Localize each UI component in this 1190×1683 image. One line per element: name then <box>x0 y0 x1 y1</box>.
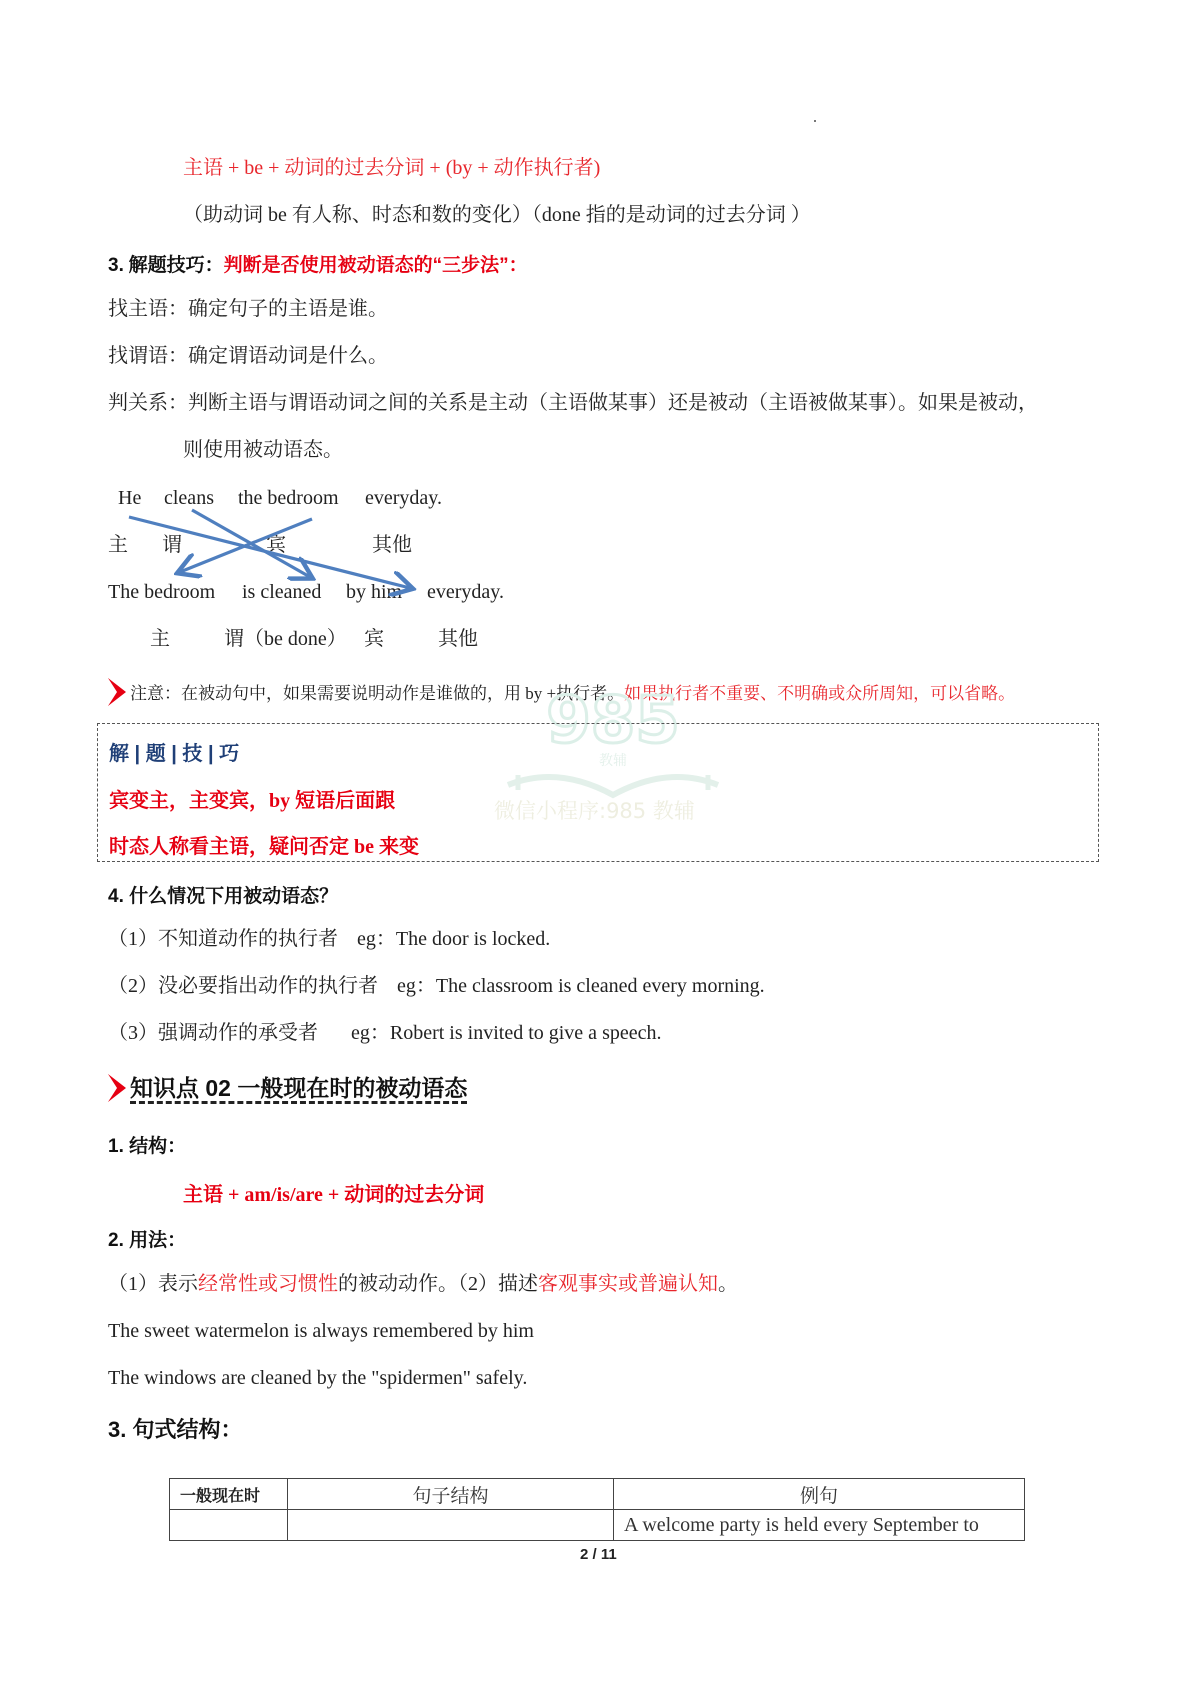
usage-red-2: 客观事实或普遍认知 <box>538 1273 718 1295</box>
tip-box-title: 解 | 题 | 技 | 巧 <box>109 737 239 766</box>
usage-part-3: 。 <box>718 1273 738 1295</box>
usage-part-1: （1）表示 <box>108 1273 198 1295</box>
note-arrow-icon <box>108 678 126 706</box>
table-header-tense: 一般现在时 <box>170 1479 288 1510</box>
case-2-label: （2）没必要指出动作的执行者 <box>108 975 378 997</box>
table-cell <box>170 1510 288 1541</box>
case-1-label: （1）不知道动作的执行者 <box>108 928 338 950</box>
case-2-example: eg：The classroom is cleaned every mornin… <box>397 975 765 997</box>
usage-red-1: 经常性或习惯性 <box>198 1273 338 1295</box>
present-passive-formula: 主语 + am/is/are + 动词的过去分词 <box>183 1178 484 1207</box>
case-1-example: eg：The door is locked. <box>357 928 550 950</box>
table-cell-example: A welcome party is held every September … <box>614 1510 1025 1541</box>
table-row: A welcome party is held every September … <box>170 1510 1025 1541</box>
stray-dot <box>814 120 816 122</box>
section-arrow-icon <box>108 1074 126 1102</box>
note-text: 注意：在被动句中，如果需要说明动作是谁做的，用 by +执行者。 <box>130 684 624 703</box>
page-number: 2 / 11 <box>580 1546 617 1563</box>
usage-example-1: The sweet watermelon is always remembere… <box>108 1319 534 1343</box>
table-header-structure: 句子结构 <box>288 1479 614 1510</box>
sentence-structure-table: 一般现在时 句子结构 例句 A welcome party is held ev… <box>169 1478 1025 1541</box>
section4-heading: 4. 什么情况下用被动语态？ <box>108 881 338 908</box>
case-1: （1）不知道动作的执行者 eg：The door is locked. <box>108 927 550 951</box>
table-cell <box>288 1510 614 1541</box>
note-red-text: 如果执行者不重要、不明确或众所周知，可以省略。 <box>624 684 1015 703</box>
table-header-row: 一般现在时 句子结构 例句 <box>170 1479 1025 1510</box>
table-header-example: 例句 <box>614 1479 1025 1510</box>
tip-line-2: 时态人称看主语，疑问否定 be 来变 <box>109 830 419 859</box>
arrow-object-to-subject-icon <box>180 519 312 572</box>
usage-text: （1）表示经常性或习惯性的被动动作。（2）描述客观事实或普遍认知。 <box>108 1272 738 1296</box>
structure-heading: 1. 结构： <box>108 1131 186 1158</box>
case-3-example: eg：Robert is invited to give a speech. <box>351 1022 661 1044</box>
passive-note: 注意：在被动句中，如果需要说明动作是谁做的，用 by +执行者。如果执行者不重要… <box>130 683 1015 705</box>
case-3: （3）强调动作的承受者 eg：Robert is invited to give… <box>108 1021 661 1045</box>
tip-line-1: 宾变主，主变宾，by 短语后面跟 <box>109 784 395 813</box>
usage-example-2: The windows are cleaned by the "spiderme… <box>108 1366 527 1390</box>
case-3-label: （3）强调动作的承受者 <box>108 1022 318 1044</box>
transformation-arrows <box>0 0 600 700</box>
usage-heading: 2. 用法： <box>108 1225 186 1252</box>
case-2: （2）没必要指出动作的执行者 eg：The classroom is clean… <box>108 974 765 998</box>
knowledge-point-title: 知识点 02 一般现在时的被动语态 <box>130 1075 467 1104</box>
usage-part-2: 的被动动作。（2）描述 <box>338 1273 538 1295</box>
pattern-heading: 3. 句式结构： <box>108 1413 242 1444</box>
